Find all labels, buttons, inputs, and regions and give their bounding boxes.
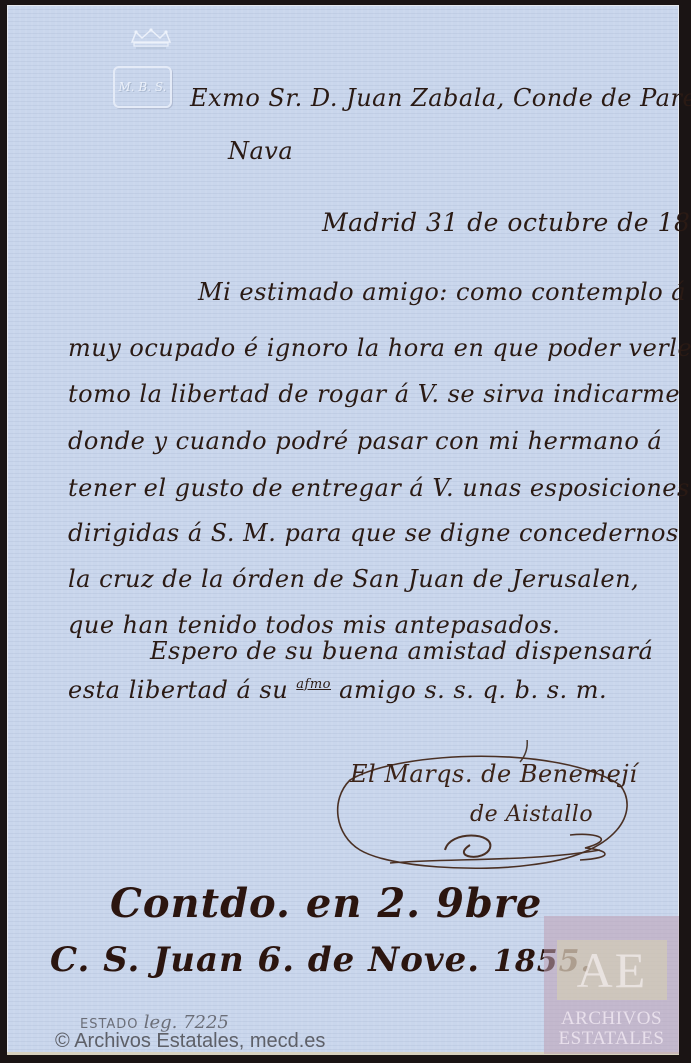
monogram-emboss: M. B. S. xyxy=(113,66,172,108)
closing-line-2: esta libertad á su afmo amigo s. s. q. b… xyxy=(68,676,607,704)
closing-prefix: esta libertad á su xyxy=(68,676,296,704)
logo-text-line-2: ESTATALES xyxy=(544,1028,679,1050)
archivos-estatales-logo: AE ARCHIVOS ESTATALES xyxy=(544,916,679,1054)
body-line: Mi estimado amigo: como contemplo á V. xyxy=(198,278,691,306)
closing-suffix: amigo s. s. q. b. s. m. xyxy=(331,676,607,704)
archival-note-line-2: C. S. Juan 6. de Nove. 1855. xyxy=(50,940,592,980)
closing-line-1: Espero de su buena amistad dispensará xyxy=(150,637,653,665)
monogram-text: M. B. S. xyxy=(119,80,167,94)
archival-note-text: C. S. Juan 6. de Nove. xyxy=(50,940,480,980)
archival-note-line-1: Contdo. en 2. 9bre xyxy=(110,880,542,927)
body-line: tener el gusto de entregar á V. unas esp… xyxy=(68,474,690,502)
addressee-line-1: Exmo Sr. D. Juan Zabala, Conde de Parede… xyxy=(190,84,691,112)
body-line: la cruz de la órden de San Juan de Jerus… xyxy=(68,565,639,593)
logo-mark-icon: AE xyxy=(557,940,667,1000)
body-line: donde y cuando podré pasar con mi herman… xyxy=(68,427,662,455)
addressee-line-2: Nava xyxy=(228,137,293,165)
signature-line-1: El Marqs. de Benemejí xyxy=(350,760,637,788)
signature-block: El Marqs. de Benemejí de Aistallo xyxy=(330,740,630,880)
signature-line-2: de Aistallo xyxy=(470,802,593,827)
body-line: tomo la libertad de rogar á V. se sirva … xyxy=(68,380,680,408)
copyright-notice: © Archivos Estatales, mecd.es xyxy=(55,1030,325,1053)
body-line: dirigidas á S. M. para que se digne conc… xyxy=(68,519,679,547)
body-line: que han tenido todos mis antepasados. xyxy=(68,611,560,639)
closing-abbrev: afmo xyxy=(296,677,331,692)
body-line: muy ocupado é ignoro la hora en que pode… xyxy=(68,334,691,362)
date-line: Madrid 31 de octubre de 1855= xyxy=(322,208,691,237)
logo-text-line-1: ARCHIVOS xyxy=(544,1008,679,1030)
crown-emboss-icon xyxy=(128,28,174,50)
